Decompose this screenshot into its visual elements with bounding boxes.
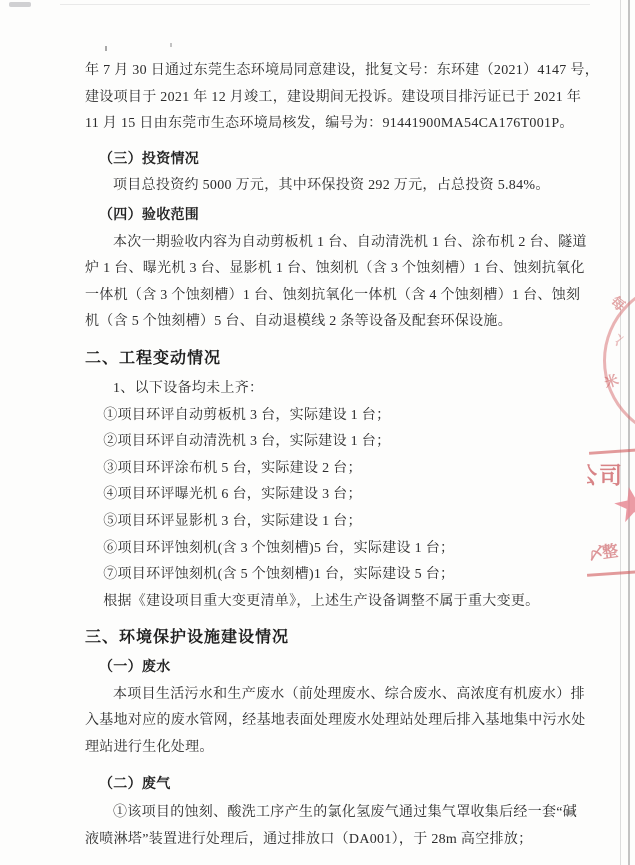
text-line: ①该项目的蚀刻、酸洗工序产生的氯化氢废气通过集气罩收集后经一套“碱 (85, 800, 577, 827)
section-heading-waste-gas: （二）废气 (85, 772, 577, 799)
change-item: ③项目环评涂布机 5 台，实际建设 2 台； (85, 456, 577, 483)
text-line: 项目总投资约 5000 万元，其中环保投资 292 万元，占总投资 5.84%。 (85, 173, 577, 200)
text-line: 入基地对应的废水管网，经基地表面处理废水处理站处理后排入基地集中污水处 (85, 708, 577, 735)
section-heading-investment: （三）投资情况 (85, 147, 577, 174)
change-item: ④项目环评曝光机 6 台，实际建设 3 台； (85, 482, 577, 509)
scan-artifact-smudge (9, 2, 31, 7)
text-line: 本次一期验收内容为自动剪板机 1 台、自动清洗机 1 台、涂布机 2 台、隧道 (85, 230, 577, 257)
change-item: ①项目环评自动剪板机 3 台，实际建设 1 台； (85, 403, 577, 430)
change-item: ⑥项目环评蚀刻机(含 3 个蚀刻槽)5 台，实际建设 1 台； (85, 536, 577, 563)
seal-fragment: 〆整 (587, 538, 617, 565)
change-item: ⑤项目环评显影机 3 台，实际建设 1 台； (85, 509, 577, 536)
page-edge-line (620, 0, 621, 865)
change-item: ⑦项目环评蚀刻机(含 5 个蚀刻槽)1 台，实际建设 5 台； (85, 562, 577, 589)
text-line: 炉 1 台、曝光机 3 台、显影机 1 台、蚀刻机（含 3 个蚀刻槽）1 台、蚀… (85, 256, 577, 283)
section-heading-acceptance-scope: （四）验收范围 (85, 203, 577, 230)
page-edge-line (628, 0, 630, 865)
scan-artifact-speck (105, 46, 107, 51)
text-line: 机（含 5 个蚀刻槽）5 台、自动退模线 2 条等设备及配套环保设施。 (85, 309, 577, 336)
section-heading-wastewater: （一）废水 (85, 655, 577, 682)
seal-company-text: 公司 (587, 457, 624, 490)
seal-ring-arc (603, 280, 635, 438)
text-line: 根据《建设项目重大变更清单》，上述生产设备调整不属于重大变更。 (85, 589, 577, 616)
seal-fragment: 冫 (612, 334, 629, 351)
document-page: 年 7 月 30 日通过东莞生态环境局同意建设，批复文号：东环建（2021）41… (0, 0, 635, 865)
text-line: 11 月 15 日由东莞市生态环境局核发，编号为：91441900MA54CA1… (85, 111, 577, 138)
scan-artifact-speck (170, 43, 172, 47)
chapter-heading-environmental-facilities: 三、环境保护设施建设情况 (85, 623, 577, 653)
text-line: 建设项目于 2021 年 12 月竣工，建设期间无投诉。建设项目排污证已于 20… (85, 85, 577, 112)
seal-fragment: 每 (607, 295, 627, 315)
text-line: 理站进行生化处理。 (85, 735, 577, 762)
change-item: ②项目环评自动清洗机 3 台，实际建设 1 台； (85, 429, 577, 456)
text-line: 年 7 月 30 日通过东莞生态环境局同意建设，批复文号：东环建（2021）41… (85, 58, 577, 85)
text-line: 一体机（含 3 个蚀刻槽）1 台、蚀刻抗氧化一体机（含 4 个蚀刻槽）1 台、蚀… (85, 283, 577, 310)
text-line: 本项目生活污水和生产废水（前处理废水、综合废水、高浓度有机废水）排 (85, 682, 577, 709)
scan-artifact-top-line (60, 4, 590, 5)
document-body: 年 7 月 30 日通过东莞生态环境局同意建设，批复文号：东环建（2021）41… (85, 58, 577, 853)
star-icon: ★ (607, 478, 635, 532)
chapter-heading-project-changes: 二、工程变动情况 (85, 344, 577, 374)
text-line: 1、以下设备均未上齐： (85, 376, 577, 403)
seal-fragment: 米 (603, 374, 621, 392)
text-line: 液喷淋塔”装置进行处理后，通过排放口（DA001），于 28m 高空排放； (85, 827, 577, 854)
